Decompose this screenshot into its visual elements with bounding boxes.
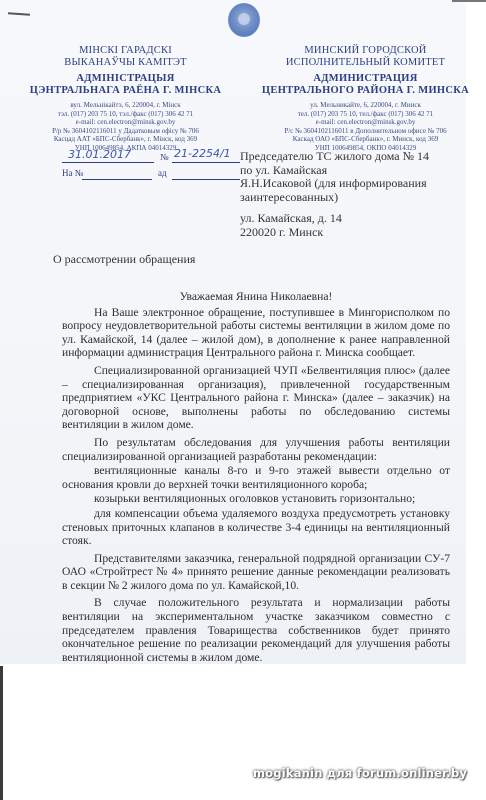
addressee-line: Я.Н.Исаковой (для информирования — [240, 177, 470, 191]
incoming-reference-row: На № ад — [62, 166, 242, 184]
phone-line: тэл. (017) 203 75 10, тэл./факс (017) 30… — [18, 110, 233, 119]
coat-of-arms-icon — [228, 3, 260, 37]
bank-account-line: Р/р № 3604102116011 у Дадатковым офісу №… — [18, 127, 233, 136]
in-reply-label: На № — [62, 168, 83, 178]
bank-name-line: Касцад ААТ «БПС-Сбербанк», г. Мінск, код… — [18, 135, 233, 144]
greeting: Уважаемая Янина Николаевна! — [62, 290, 450, 304]
handwritten-date: 31.01.2017 — [68, 148, 131, 161]
admin-name-line2: ЦЕНТРАЛЬНОГО РАЙОНА Г. МИНСКА — [258, 85, 473, 97]
org-name-line2: ВЫКАНАЎЧЫ КАМІТЭТ — [18, 57, 233, 69]
body-paragraph: Специализированной организацией ЧУП «Бел… — [62, 364, 450, 432]
org-name-line2: ИСПОЛНИТЕЛЬНЫЙ КОМИТЕТ — [258, 57, 473, 69]
watermark-text: mogikanin для forum.onliner.by — [253, 766, 467, 780]
addressee-city: 220020 г. Минск — [240, 226, 470, 240]
admin-name-line1: АДМИНИСТРАЦИЯ — [258, 73, 473, 85]
reference-block: 31.01.2017 № 21-2254/1 На № ад — [62, 148, 242, 184]
address-line: ул. Мельникайте, 6, 220004, г. Минск — [258, 101, 473, 110]
from-underline — [172, 179, 240, 180]
email-line: e-mail: cen.electron@minsk.gov.by — [18, 118, 233, 127]
scan-edge-shadow — [0, 666, 3, 800]
in-reply-underline — [82, 179, 152, 180]
addressee-street: ул. Камайская, д. 14 — [240, 212, 470, 226]
number-underline — [172, 162, 240, 163]
recommendation-item: козырьки вентиляционных оголовков устано… — [62, 492, 450, 506]
recommendation-item: для компенсации объема удаляемого воздух… — [62, 507, 450, 548]
phone-line: тел. (017) 203 75 10, тел./факс (017) 30… — [258, 110, 473, 119]
admin-name-line1: АДМІНІСТРАЦЫЯ — [18, 73, 233, 85]
outgoing-reference-row: 31.01.2017 № 21-2254/1 — [62, 148, 242, 166]
body-paragraph: По результатам обследования для улучшени… — [62, 436, 450, 463]
addressee-block: Председателю ТС жилого дома № 14 по ул. … — [240, 150, 470, 239]
org-name-line1: МИНСКИЙ ГОРОДСКОЙ — [258, 45, 473, 57]
addressee-line: заинтересованных) — [240, 191, 470, 205]
email-line: e-mail: cen.electron@minsk.gov.by — [258, 118, 473, 127]
letterhead-russian: МИНСКИЙ ГОРОДСКОЙ ИСПОЛНИТЕЛЬНЫЙ КОМИТЕТ… — [258, 45, 473, 153]
body-paragraph: Представителями заказчика, генеральной п… — [62, 552, 450, 593]
number-label: № — [160, 152, 169, 162]
scan-edge-line — [452, 0, 486, 2]
letter-subject: О рассмотрении обращения — [53, 252, 195, 267]
letterhead-belarusian: МІНСКІ ГАРАДСКІ ВЫКАНАЎЧЫ КАМІТЭТ АДМІНІ… — [18, 45, 233, 153]
bank-account-line: Р/с № 3604102116011 в Дополнительном офи… — [258, 127, 473, 136]
recommendation-item: вентиляционные каналы 8-го и 9-го этажей… — [62, 464, 450, 491]
admin-name-line2: ЦЭНТРАЛЬНАГА РАЁНА Г. МІНСКА — [18, 85, 233, 97]
addressee-line: по ул. Камайская — [240, 164, 470, 178]
letterhead-details: ул. Мельникайте, 6, 220004, г. Минск тел… — [258, 101, 473, 153]
addressee-line: Председателю ТС жилого дома № 14 — [240, 150, 470, 164]
from-label: ад — [158, 168, 167, 178]
bank-name-line: Каскад ОАО «БПС-Сбербанк», г. Минск, код… — [258, 135, 473, 144]
letter-body: Уважаемая Янина Николаевна! На Ваше элек… — [62, 290, 450, 668]
handwritten-number: 21-2254/1 — [174, 147, 231, 160]
body-paragraph: На Ваше электронное обращение, поступивш… — [62, 306, 450, 360]
letterhead-details: вул. Мельнікайтэ, 6, 220004, г. Мінск тэ… — [18, 101, 233, 153]
date-underline — [62, 162, 154, 163]
address-line: вул. Мельнікайтэ, 6, 220004, г. Мінск — [18, 101, 233, 110]
body-paragraph: В случае положительного результата и нор… — [62, 596, 450, 664]
org-name-line1: МІНСКІ ГАРАДСКІ — [18, 45, 233, 57]
